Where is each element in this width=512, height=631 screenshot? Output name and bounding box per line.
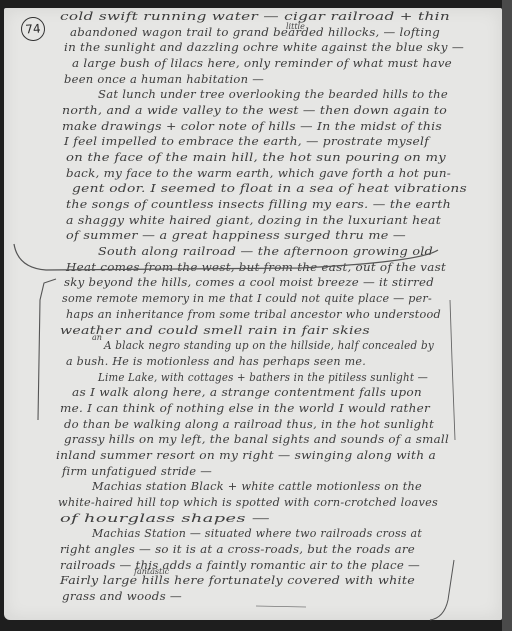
manuscript-line: South along railroad — the afternoon gro… [98, 245, 433, 258]
manuscript-line: Sat lunch under tree overlooking the bea… [98, 88, 448, 101]
manuscript-line: weather and could smell rain in fair ski… [60, 324, 370, 337]
manuscript-line: Heat comes from the west, but from the e… [66, 261, 446, 274]
manuscript-line: make drawings + color note of hills — In… [62, 120, 442, 133]
manuscript-line: me. I can think of nothing else in the w… [60, 402, 430, 415]
scanner-edge [502, 0, 512, 631]
manuscript-line: I feel impelled to embrace the earth, — … [64, 135, 429, 148]
manuscript-line: white-haired hill top which is spotted w… [58, 496, 438, 509]
interlinear-insertion: little [286, 22, 305, 31]
manuscript-line: Machias Station — situated where two rai… [92, 527, 422, 540]
manuscript-line: Fairly large hills here fortunately cove… [60, 574, 415, 587]
manuscript-line: north, and a wide valley to the west — t… [62, 104, 447, 117]
manuscript-line: gent odor. I seemed to float in a sea of… [72, 182, 467, 195]
manuscript-line: as I walk along here, a strange contentm… [72, 386, 422, 399]
manuscript-line: railroads — this adds a faintly romantic… [60, 559, 420, 572]
manuscript-line: of hourglass shapes — [60, 512, 270, 525]
manuscript-line: abandoned wagon trail to grand bearded h… [70, 26, 440, 39]
interlinear-insertion: an [92, 333, 102, 342]
manuscript-line: inland summer resort on my right — swing… [56, 449, 436, 462]
manuscript-line: A black negro standing up on the hillsid… [104, 339, 434, 352]
manuscript-line: a shaggy white haired giant, dozing in t… [66, 214, 441, 227]
manuscript-line: right angles — so it is at a cross-roads… [60, 543, 415, 556]
interlinear-insertion: fantastic [134, 567, 169, 576]
manuscript-line: sky beyond the hills, comes a cool moist… [64, 276, 434, 289]
manuscript-line: Lime Lake, with cottages + bathers in th… [98, 371, 428, 384]
manuscript-line: grassy hills on my left, the banal sight… [64, 433, 449, 446]
manuscript-line: of summer — a great happiness surged thr… [66, 229, 406, 242]
manuscript-line: cold swift running water — cigar railroa… [60, 10, 450, 23]
manuscript-line: in the sunlight and dazzling ochre white… [64, 41, 464, 54]
manuscript-line: the songs of countless insects filling m… [66, 198, 451, 211]
manuscript-line: firm unfatigued stride — [62, 465, 212, 478]
manuscript-line: haps an inheritance from some tribal anc… [66, 308, 441, 321]
manuscript-line: a large bush of lilacs here, only remind… [72, 57, 452, 70]
manuscript-line: back, my face to the warm earth, which g… [66, 167, 451, 180]
manuscript-line: been once a human habitation — [64, 73, 264, 86]
manuscript-line: some remote memory in me that I could no… [62, 292, 432, 305]
manuscript-line: do than be walking along a railroad thus… [64, 418, 434, 431]
manuscript-line: a bush. He is motionless and has perhaps… [66, 355, 366, 368]
manuscript-line: on the face of the main hill, the hot su… [66, 151, 446, 164]
manuscript-line: Machias station Black + white cattle mot… [92, 480, 422, 493]
page-number: 74 [20, 16, 46, 42]
manuscript-line: grass and woods — [62, 590, 182, 603]
